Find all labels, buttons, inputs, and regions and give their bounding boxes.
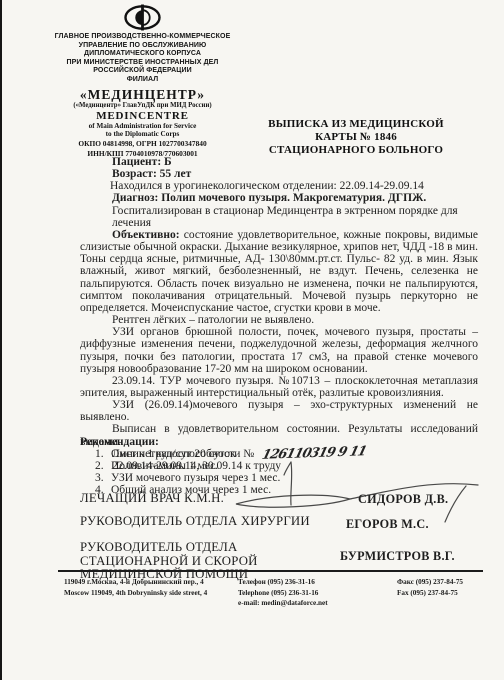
org-line-branch: ФИЛИАЛ xyxy=(30,76,255,85)
footer-phone-en: Telephone (095) 236-31-16 xyxy=(238,588,328,599)
brand-name-ru: «МЕДИНЦЕНТР» xyxy=(30,87,255,102)
ultrasound-paragraph: УЗИ органов брюшной полости, почек, моче… xyxy=(80,326,478,375)
xray-line: Рентген лёгких – патологии не выявлено. xyxy=(80,314,478,326)
ultrasound2-line: УЗИ (26.09.14)мочевого пузыря – эхо-стру… xyxy=(80,399,478,423)
hospitalization-line: Госпитализирован в стационар Мединцентра… xyxy=(112,205,478,229)
recommendation-number: 2. xyxy=(95,461,111,473)
recommendation-text: Омник 1 кап/сут 20 суток xyxy=(111,448,236,460)
org-line: УПРАВЛЕНИЕ ПО ОБСЛУЖИВАНИЮ xyxy=(30,42,255,51)
okpo-ogrn-line: ОКПО 04814998, ОГРН 1027700347840 xyxy=(30,139,255,148)
document-title: ВЫПИСКА ИЗ МЕДИЦИНСКОЙ КАРТЫ № 1846 СТАЦ… xyxy=(246,118,466,157)
org-line: РОССИЙСКОЙ ФЕДЕРАЦИИ xyxy=(30,67,255,76)
objective-label: Объективно: xyxy=(112,229,180,241)
age-line: Возраст: 55 лет xyxy=(112,168,478,180)
footer-email: e-mail: medin@dataforce.net xyxy=(238,598,328,609)
department-line: Находился в урогинекологическом отделени… xyxy=(110,180,478,192)
signature-name-burmistrov: БУРМИСТРОВ В.Г. xyxy=(340,549,455,564)
brand-name-ru-sub: («Мединцентр» ГлавУпДК при МИД России) xyxy=(30,102,255,110)
footer-fax-ru: Факс (095) 237-84-75 xyxy=(397,577,463,588)
tur-paragraph: 23.09.14. ТУР мочевого пузыря. №10713 – … xyxy=(80,375,478,399)
footer-address: 119049 г.Москва, 4-й Добрынинский пер., … xyxy=(64,577,207,598)
brand-name-en-sub: of Main Administration for Service xyxy=(30,122,255,130)
footer-divider xyxy=(58,570,483,572)
signature-title-attending-doctor: ЛЕЧАЩИЙ ВРАЧ К.М.Н. xyxy=(80,492,224,506)
objective-text: состояние удовлетворительное, кожные пок… xyxy=(80,229,478,314)
body-text: Пациент: Б Возраст: 55 лет Находился в у… xyxy=(80,156,478,472)
org-line: ДИПЛОМАТИЧЕСКОГО КОРПУСА xyxy=(30,50,255,59)
org-line: ГЛАВНОЕ ПРОИЗВОДСТВЕННО-КОММЕРЧЕСКОЕ xyxy=(30,33,255,42)
footer-phone-ru: Телефон (095) 236-31-16 xyxy=(238,577,328,588)
footer-phone: Телефон (095) 236-31-16 Telephone (095) … xyxy=(238,577,328,609)
patient-line: Пациент: Б xyxy=(112,156,478,168)
recommendation-number: 3. xyxy=(95,473,111,485)
footer-address-ru: 119049 г.Москва, 4-й Добрынинский пер., … xyxy=(64,577,207,588)
footer-address-en: Moscow 119049, 4th Dobryninsky side stre… xyxy=(64,588,207,599)
brand-name-en: MEDINCENTRE xyxy=(30,111,255,123)
objective-paragraph: Объективно: состояние удовлетворительное… xyxy=(80,229,478,314)
doctor-signature xyxy=(228,452,488,530)
letterhead: ГЛАВНОЕ ПРОИЗВОДСТВЕННО-КОММЕРЧЕСКОЕ УПР… xyxy=(30,0,255,158)
medincentre-emblem-icon xyxy=(123,4,162,31)
footer-fax: Факс (095) 237-84-75 Fax (095) 237-84-75 xyxy=(397,577,463,598)
signature-title-inpatient-head: РУКОВОДИТЕЛЬ ОТДЕЛА СТАЦИОНАРНОЙ И СКОРО… xyxy=(80,541,298,582)
footer-fax-en: Fax (095) 237-84-75 xyxy=(397,588,463,599)
brand-name-en-sub: to the Diplomatic Corps xyxy=(30,130,255,138)
scanned-medical-discharge-document: ГЛАВНОЕ ПРОИЗВОДСТВЕННО-КОММЕРЧЕСКОЕ УПР… xyxy=(0,0,504,680)
recommendation-text: Поливитамины 1 мес. xyxy=(111,460,218,472)
document-title-line1: ВЫПИСКА ИЗ МЕДИЦИНСКОЙ КАРТЫ № 1846 xyxy=(246,118,466,144)
diagnosis-line: Диагноз: Полип мочевого пузыря. Макрогем… xyxy=(112,192,478,204)
scan-border-left xyxy=(0,0,2,680)
